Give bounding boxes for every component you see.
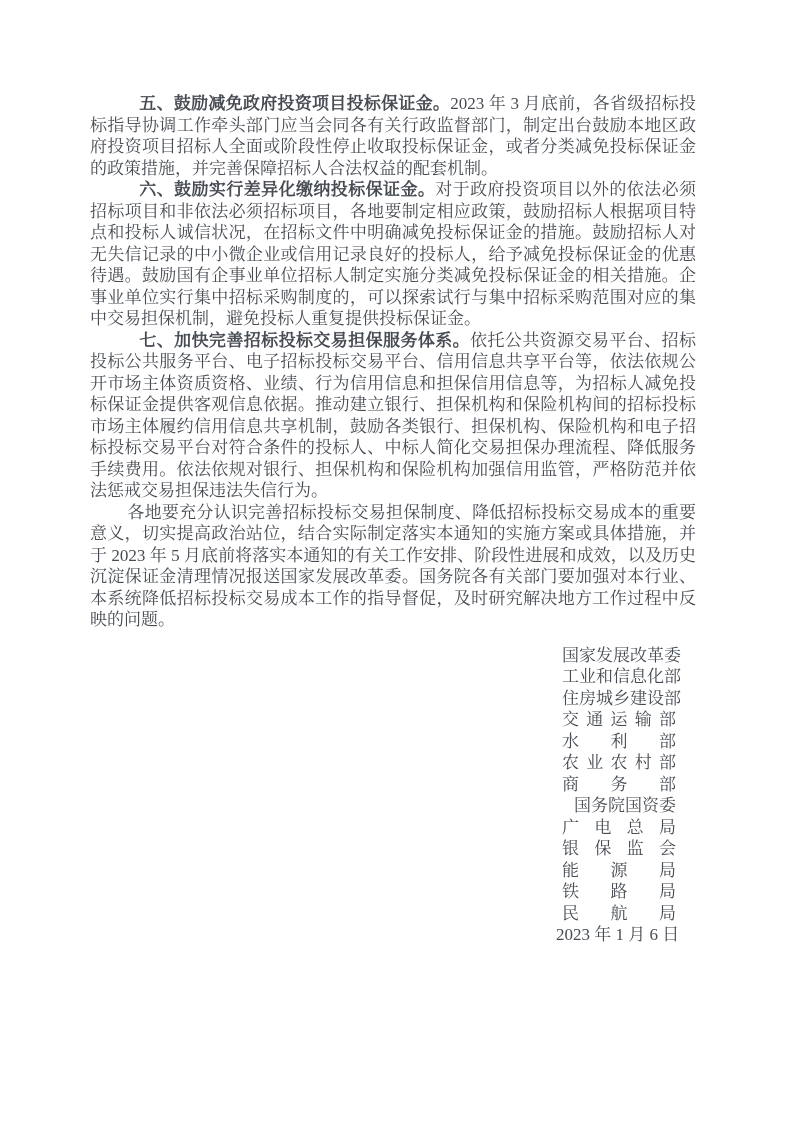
paragraph-section-6: 六、鼓励实行差异化缴纳投标保证金。对于政府投资项目以外的依法必须招标项目和非依法… — [90, 179, 696, 330]
paragraph-section-7: 七、加快完善招标投标交易担保服务体系。依托公共资源交易平台、招标投标公共服务平台… — [90, 330, 696, 502]
document-page: 五、鼓励减免政府投资项目投标保证金。2023 年 3 月底前，各省级招标投标指导… — [0, 0, 793, 1122]
document-body: 五、鼓励减免政府投资项目投标保证金。2023 年 3 月底前，各省级招标投标指导… — [90, 93, 696, 946]
signature-line: 交通运输部 — [562, 709, 676, 731]
signature-line: 水利部 — [562, 731, 676, 753]
signature-line: 国家发展改革委 — [562, 645, 676, 667]
signature-line: 工业和信息化部 — [562, 666, 676, 688]
signature-line: 银保监会 — [562, 838, 676, 860]
paragraph-section-5: 五、鼓励减免政府投资项目投标保证金。2023 年 3 月底前，各省级招标投标指导… — [90, 93, 696, 179]
signature-line: 住房城乡建设部 — [562, 688, 676, 710]
section-6-text: 对于政府投资项目以外的依法必须招标项目和非依法必须招标项目，各地要制定相应政策，… — [90, 180, 696, 328]
signature-line: 铁路局 — [562, 881, 676, 903]
signature-list: 国家发展改革委工业和信息化部住房城乡建设部交通运输部水利部农业农村部商务部国务院… — [562, 645, 676, 925]
signature-line: 广电总局 — [562, 817, 676, 839]
signature-line: 商务部 — [562, 774, 676, 796]
closing-text: 各地要充分认识完善招标投标交易担保制度、降低招标投标交易成本的重要意义，切实提高… — [90, 503, 696, 630]
section-7-text: 依托公共资源交易平台、招标投标公共服务平台、电子招标投标交易平台、信用信息共享平… — [90, 331, 696, 501]
paragraph-closing: 各地要充分认识完善招标投标交易担保制度、降低招标投标交易成本的重要意义，切实提高… — [90, 502, 696, 631]
signature-line: 民航局 — [562, 903, 676, 925]
signature-line: 国务院国资委 — [562, 795, 676, 817]
signature-line: 能源局 — [562, 860, 676, 882]
signature-block: 国家发展改革委工业和信息化部住房城乡建设部交通运输部水利部农业农村部商务部国务院… — [562, 645, 676, 946]
section-6-heading: 六、鼓励实行差异化缴纳投标保证金。 — [139, 180, 435, 199]
section-5-heading: 五、鼓励减免政府投资项目投标保证金。 — [139, 94, 450, 113]
signature-line: 农业农村部 — [562, 752, 676, 774]
section-7-heading: 七、加快完善招标投标交易担保服务体系。 — [139, 331, 470, 350]
signature-date: 2023 年 1 月 6 日 — [556, 924, 676, 946]
